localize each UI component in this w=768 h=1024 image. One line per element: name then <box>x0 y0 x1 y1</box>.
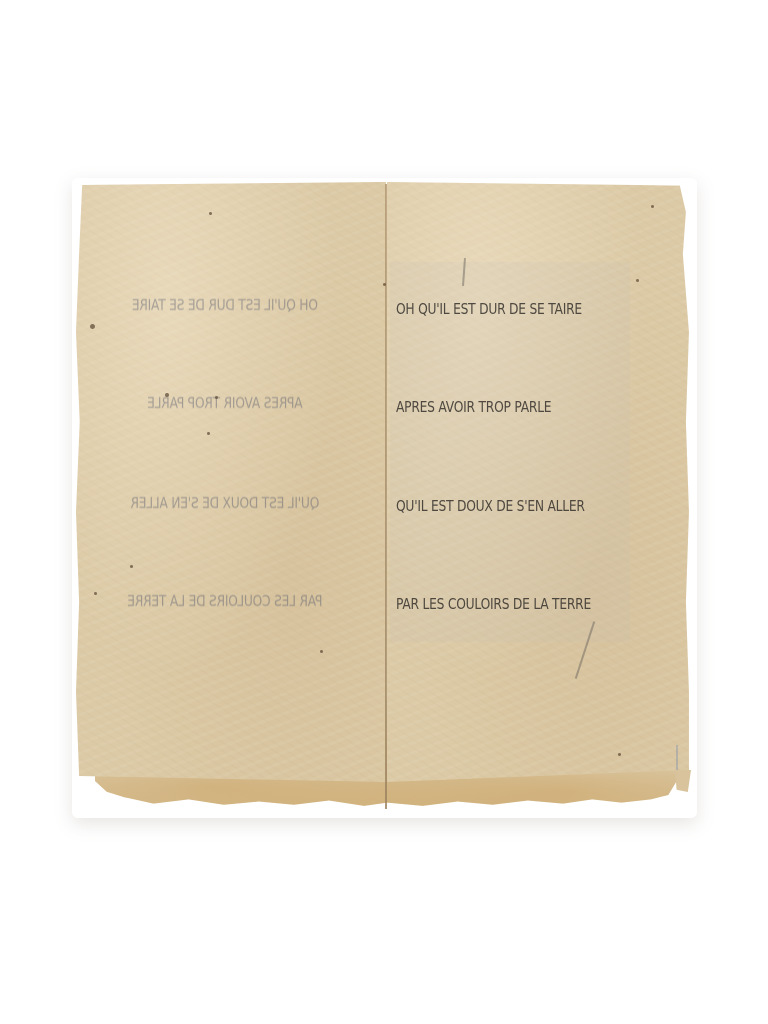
paper-speck <box>618 753 621 756</box>
paper-speck <box>130 565 133 568</box>
paper-speck <box>90 324 95 329</box>
paper-speck <box>320 650 323 653</box>
left-bleed-line-3: QU'IL EST DOUX DE S'EN ALLER <box>123 494 328 512</box>
poem-line-2: APRES AVOIR TROP PARLE <box>396 398 551 416</box>
poem-line-3: QU'IL EST DOUX DE S'EN ALLER <box>396 497 585 515</box>
paper-speck <box>94 592 97 595</box>
paper-speck <box>209 212 212 215</box>
left-page <box>76 182 386 782</box>
poem-line-1: OH QU'IL EST DUR DE SE TAIRE <box>396 300 582 318</box>
left-bleed-line-1: OH QU'IL EST DUR DE SE TAIRE <box>123 296 328 314</box>
paper-speck <box>636 279 639 282</box>
paper-speck <box>215 396 218 399</box>
photo-stage: OH QU'IL EST DUR DE SE TAIRE APRES AVOIR… <box>0 0 768 1024</box>
left-bleed-line-4: PAR LES COULOIRS DE LA TERRE <box>123 592 328 610</box>
poem-line-4: PAR LES COULOIRS DE LA TERRE <box>396 595 591 613</box>
paper-speck <box>383 283 386 286</box>
faded-panel <box>390 262 630 642</box>
left-bleed-line-2: APRES AVOIR TROP PARLE <box>123 394 328 412</box>
paper-speck <box>651 205 654 208</box>
paper-speck <box>165 393 169 397</box>
paper-speck <box>207 432 210 435</box>
fold-line <box>385 184 387 809</box>
